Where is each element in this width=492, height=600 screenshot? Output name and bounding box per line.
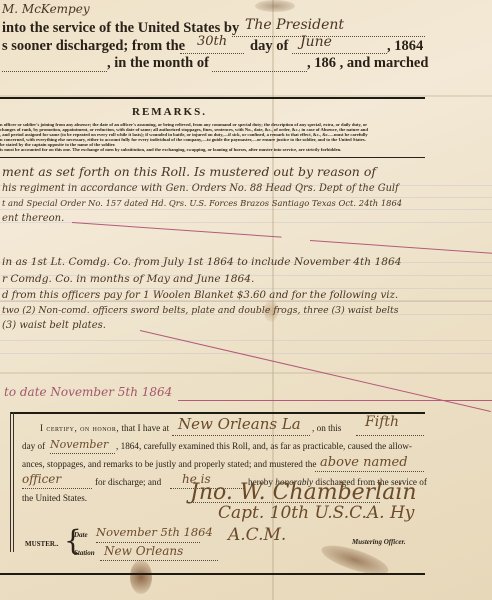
remarks-instruction: is must be accounted for on this one. Th… [0, 147, 341, 153]
ruled-line [0, 288, 492, 289]
section-divider [0, 97, 425, 99]
fill-line [292, 53, 387, 54]
ruled-line [0, 301, 492, 302]
document-page: M. McKempey into the service of the Unit… [0, 0, 492, 600]
certificate-border-left [10, 412, 11, 552]
certificate-border-top [10, 412, 425, 414]
remarks-title: REMARKS. [132, 106, 207, 118]
certify-text: the United States. [22, 493, 87, 503]
header-text: s sooner discharged; from the [2, 38, 185, 54]
header-text: , in the month of [107, 55, 209, 72]
muster-label: MUSTER.. [25, 540, 58, 548]
header-text: day of [250, 38, 288, 55]
fill-line [50, 453, 115, 454]
muster-station-value: New Orleans [104, 544, 183, 558]
certify-text: day of [22, 441, 45, 451]
place-value: New Orleans La [178, 415, 301, 433]
fill-line [96, 542, 200, 543]
day-value: Fifth [365, 414, 399, 430]
mustered-by-value: The President [245, 17, 344, 33]
remark-line: ent thereon. [2, 213, 64, 224]
certify-text: ances, stoppages, and remarks to be just… [22, 459, 316, 469]
month-value: November [50, 438, 108, 451]
ruled-line [0, 209, 492, 210]
certificate-line-1: I certify, on honor, that I have at [40, 423, 169, 433]
officer-rank: Capt. 10th U.S.C.A. Hy [218, 503, 414, 523]
certify-text: that I have at [121, 423, 169, 433]
certificate-border-left [13, 412, 14, 552]
torn-edge [255, 0, 295, 12]
header-year: , 1864 [387, 38, 423, 55]
certify-text: , on this [312, 423, 341, 433]
date-label: Date [74, 531, 88, 539]
closing-line [178, 400, 492, 401]
remark-line: his regiment in accordance with Gen. Ord… [2, 183, 399, 194]
mustering-officer-label: Mustering Officer. [352, 538, 406, 546]
from-day-value: 30th [197, 34, 227, 49]
officer-office: A.C.M. [228, 525, 286, 545]
fill-line [2, 71, 107, 72]
fill-line [172, 435, 310, 436]
remark-line: in as 1st Lt. Comdg. Co. from July 1st 1… [2, 256, 401, 268]
soldier-name: M. McKempey [2, 2, 90, 16]
certify-text: for discharge; and [95, 477, 161, 487]
officer-value: officer [22, 472, 61, 486]
fill-line [315, 471, 424, 472]
fill-line [22, 488, 92, 489]
fold-crease [0, 372, 492, 374]
remark-line: r Comdg. Co. in months of May and June 1… [2, 273, 254, 285]
mustered-value: above named [320, 455, 408, 470]
header-text: , 186 , and marched [307, 55, 428, 72]
remark-line: two (2) Non-comd. officers sword belts, … [2, 305, 399, 316]
remark-line: d from this officers pay for 1 Woolen Bl… [2, 290, 398, 301]
from-month-value: June [300, 34, 332, 50]
fill-line [180, 53, 244, 54]
muster-date-value: November 5th 1864 [96, 525, 213, 539]
fill-line [212, 71, 307, 72]
remark-line: (3) waist belt plates. [2, 320, 106, 331]
certify-text: , 1864, carefully examined this Roll, an… [116, 441, 412, 451]
certify-text: I certify, on honor, [40, 423, 119, 433]
header-line-2: s sooner discharged; from the [2, 38, 185, 55]
to-date-note: to date November 5th 1864 [4, 385, 172, 399]
ink-stain [130, 560, 152, 594]
fill-line [100, 560, 218, 561]
station-label: Station [74, 549, 95, 557]
section-divider [0, 157, 425, 158]
strike-line [72, 222, 282, 238]
remark-line: t and Special Order No. 157 dated Hd. Qr… [2, 198, 402, 208]
remark-line: ment as set forth on this Roll. Is muste… [2, 164, 376, 179]
certificate-border-bottom [0, 573, 425, 575]
strike-line [310, 240, 492, 255]
fill-line [356, 435, 424, 436]
ruled-line [0, 340, 492, 341]
